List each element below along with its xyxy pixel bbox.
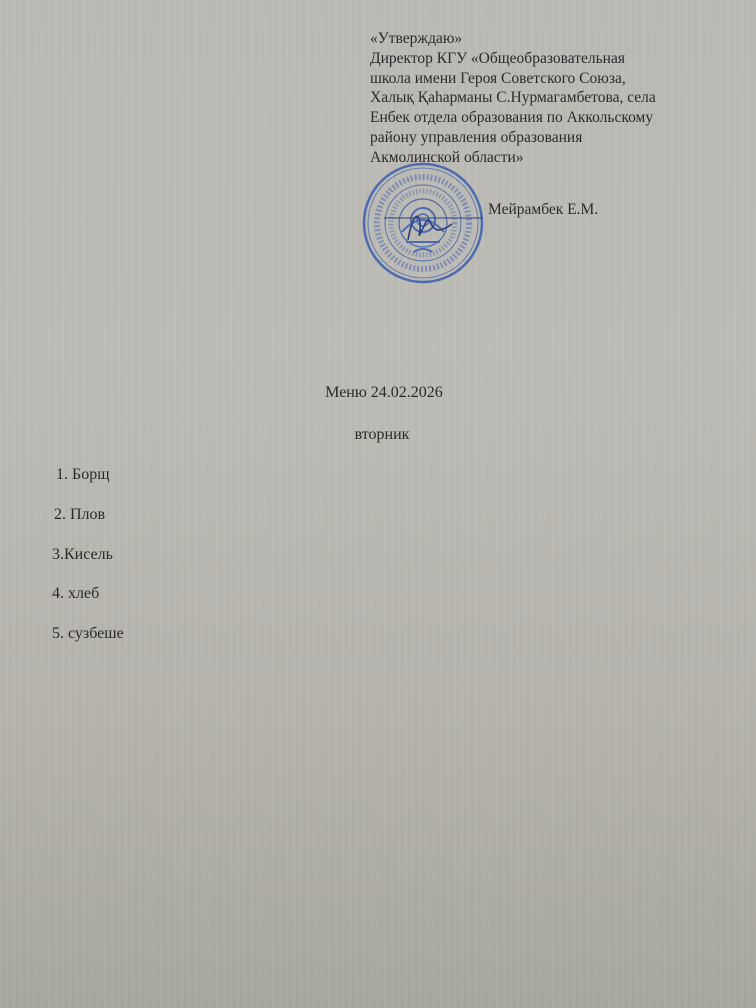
approval-line: Директор КГУ «Общеобразовательная [370, 49, 756, 69]
menu-title-text: Меню 24.02.2026 [325, 384, 443, 401]
approval-line: Енбек отдела образования по Аккольскому [370, 108, 756, 128]
menu-day: вторник [0, 426, 756, 444]
signatory-name: Мейрамбек Е.М. [488, 201, 598, 219]
menu-day-text: вторник [355, 426, 410, 443]
approval-block: «Утверждаю» Директор КГУ «Общеобразовате… [370, 29, 756, 168]
list-item: 4. хлеб [52, 585, 99, 603]
list-item: 5. сузбеше [52, 625, 124, 643]
approval-line: школа имени Героя Советского Союза, [370, 69, 756, 89]
approval-heading: «Утверждаю» [370, 29, 756, 49]
list-item: 1. Борщ [56, 466, 110, 484]
menu-title: Меню 24.02.2026 [0, 384, 756, 402]
list-item: 2. Плов [54, 506, 105, 524]
approval-line: району управления образования [370, 128, 756, 148]
list-item: 3.Кисель [52, 546, 113, 564]
state-emblem-seal-icon [362, 162, 484, 284]
approval-line: Халық Қаһарманы С.Нурмагамбетова, села [370, 88, 756, 108]
